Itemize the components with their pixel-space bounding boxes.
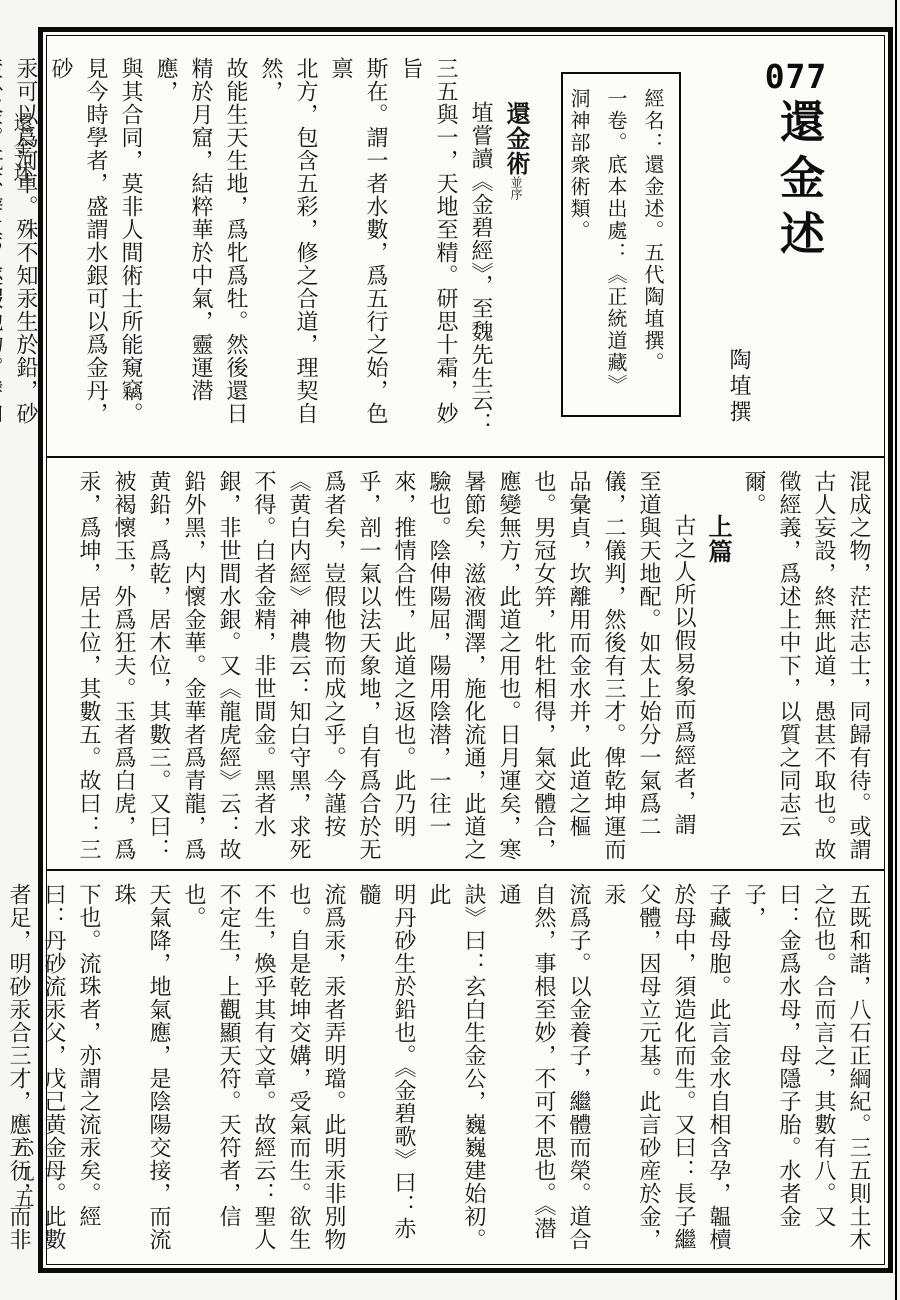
text-column: 見今時學者，盛謂水銀可以爲金丹，砂	[43, 57, 113, 446]
text-column: 《黄白内經》神農云：知白守黑，求死	[281, 470, 316, 861]
column-text: 儀，二儀判，然後有三才。俾乾坤運而	[601, 470, 626, 861]
column-text: 明丹砂生於鉛也。《金碧歌》曰：赤髓	[356, 883, 416, 1240]
column-text: 不生，煥乎其有文章。故經云：聖人	[251, 883, 276, 1251]
text-column: 北方，包含五彩，修之合道，理契自然，	[253, 57, 323, 446]
column-text: 不定生，上觀顯天符。天符者，信也。	[181, 883, 241, 1228]
column-text: 來，推情合性，此道之返也。此乃明	[391, 470, 416, 838]
column-text: 訣》曰：玄白生金公，巍巍建始初。此	[426, 883, 486, 1251]
column-text: 至道與天地配。如太上始分一氣爲二	[636, 470, 661, 838]
text-column: 明丹砂生於鉛也。《金碧歌》曰：赤髓	[351, 883, 421, 1256]
text-column: 與其合同，莫非人間術士所能窺竊。	[113, 57, 148, 446]
scanned-document-page: 還金述 六九五 077 還金述 陶埴撰 經名：還金述。五代陶埴撰。一卷。底本出處…	[0, 0, 900, 1300]
column-text: 流爲子。以金養子，繼體而榮。道合	[566, 883, 591, 1251]
column-text: 曰：丹砂流汞父，戊己黄金母。此數	[41, 883, 66, 1251]
text-column: 還金術並序	[498, 57, 534, 446]
text-column: 應變無方，此道之用也。日月運矣，寒	[491, 470, 526, 861]
catalog-note-column: 洞神部衆術類。	[560, 88, 597, 401]
continued-text-columns: 五既和諧，八石正綱紀。三五則土木之位也。合而言之，其數有八。又曰：金爲水母，母隱…	[61, 883, 876, 1256]
column-text: 産於金。既不辯真，遂假他物。譬如	[0, 57, 3, 425]
text-column: 不得。白者金精，非世間金。黑者水	[246, 470, 281, 861]
text-column: 鉛外黑，内懷金華。金華者爲青龍，爲	[176, 470, 211, 861]
column-text: 混成之物，茫茫志士，同歸有待。或謂	[846, 470, 871, 861]
text-column: 訣》曰：玄白生金公，巍巍建始初。此	[421, 883, 491, 1256]
column-text: 暑節矣，滋液潤澤，施化流通，此道之	[461, 470, 486, 861]
text-column: 古人妄設，終無此道，愚甚不取也。故	[806, 470, 841, 861]
text-column: 汞，爲坤，居土位，其數五。故曰：三	[71, 470, 106, 861]
column-text: 天氣降，地氣應，是陰陽交接，而流珠	[111, 883, 171, 1251]
column-text: 爾。	[741, 470, 766, 516]
text-column: 混成之物，茫茫志士，同歸有待。或謂	[841, 470, 876, 861]
text-column: 於母中，須造化而生。又曰：長子繼	[666, 883, 701, 1256]
text-column: 三五與一，天地至精。研思十霜，妙旨	[393, 57, 463, 446]
catalog-note-columns: 經名：還金述。五代陶埴撰。一卷。底本出處：《正統道藏》洞神部衆術類。	[571, 88, 671, 401]
column-text: 被褐懷玉，外爲狂夫。玉者爲白虎，爲	[111, 470, 136, 861]
text-column: 故能生天生地，爲牝爲牡。然後還日	[218, 57, 253, 446]
text-column: 之位也。合而言之，其數有八。又	[806, 883, 841, 1256]
text-column: 上篇	[701, 470, 736, 861]
column-text: 驗也。陰伸陽屈，陽用陰潜，一往一	[426, 470, 451, 838]
text-frame-inner: 077 還金述 陶埴撰 經名：還金述。五代陶埴撰。一卷。底本出處：《正統道藏》洞…	[46, 35, 885, 1265]
column-text: 流爲汞，汞者弄明璫。此明汞非別物	[321, 883, 346, 1251]
section-preface: 077 還金述 陶埴撰 經名：還金述。五代陶埴撰。一卷。底本出處：《正統道藏》洞…	[47, 36, 884, 456]
column-text: 銀，非世間水銀。又《龍虎經》云：故	[216, 470, 241, 861]
text-column: 子藏母胞。此言金水自相含孕，韞櫝	[701, 883, 736, 1256]
column-text: 乎，剖一氣以法天象地，自有爲合於无	[356, 470, 381, 861]
column-text: 與其合同，莫非人間術士所能窺竊。	[118, 57, 143, 425]
column-text: 古之人所以假易象而爲經者，謂	[671, 514, 696, 836]
text-frame-border: 077 還金述 陶埴撰 經名：還金述。五代陶埴撰。一卷。底本出處：《正統道藏》洞…	[38, 27, 893, 1273]
column-text: 也。男冠女笄，牝牡相得，氣交體合，	[531, 470, 556, 861]
text-column: 五既和諧，八石正綱紀。三五則土木	[841, 883, 876, 1256]
text-column: 黄鉛，爲乾，居木位，其數三。又曰：	[141, 470, 176, 861]
column-text: 黄鉛，爲乾，居木位，其數三。又曰：	[146, 470, 171, 861]
text-column: 父體，因母立元基。此言砂産於金，汞	[596, 883, 666, 1256]
text-column: 埴嘗讀《金碧經》，至魏先生云：	[463, 57, 498, 446]
text-column: 不生，煥乎其有文章。故經云：聖人	[246, 883, 281, 1256]
section-continued-text: 五既和諧，八石正綱紀。三五則土木之位也。合而言之，其數有八。又曰：金爲水母，母隱…	[47, 869, 884, 1264]
text-column: 來，推情合性，此道之返也。此乃明	[386, 470, 421, 861]
column-text: 汞，爲坤，居土位，其數五。故曰：三	[76, 470, 101, 861]
column-text: 父體，因母立元基。此言砂産於金，汞	[601, 883, 661, 1251]
text-column: 銀，非世間水銀。又《龍虎經》云：故	[211, 470, 246, 861]
text-column: 也。自是乾坤交媾，受氣而生。欲生	[281, 883, 316, 1256]
column-text: 斯在。謂一者水數，爲五行之始，色禀	[328, 57, 388, 425]
column-text: 古人妄設，終無此道，愚甚不取也。故	[811, 470, 836, 861]
column-text: 五既和諧，八石正綱紀。三五則土木	[846, 883, 871, 1251]
page-edge-rule	[895, 0, 897, 1300]
text-column: 徵經義，爲述上中下，以質之同志云	[771, 470, 806, 861]
text-column: 天氣降，地氣應，是陰陽交接，而流珠	[106, 883, 176, 1256]
column-text: 埴嘗讀《金碧經》，至魏先生云：	[468, 101, 493, 435]
column-text: 之位也。合而言之，其數有八。又	[811, 883, 836, 1228]
column-text: 北方，包含五彩，修之合道，理契自然，	[258, 57, 318, 425]
section-upper-chapter: 混成之物，茫茫志士，同歸有待。或謂古人妄設，終無此道，愚甚不取也。故徵經義，爲述…	[47, 456, 884, 869]
preface-text-columns: 還金術並序埴嘗讀《金碧經》，至魏先生云：三五與一，天地至精。研思十霜，妙旨斯在。…	[57, 57, 534, 446]
column-text: 故能生天生地，爲牝爲牡。然後還日	[223, 57, 248, 425]
text-column: 驗也。陰伸陽屈，陽用陰潜，一往一	[421, 470, 456, 861]
column-text: 見今時學者，盛謂水銀可以爲金丹，砂	[48, 57, 108, 425]
text-column: 品彙貞，坎離用而金水并，此道之樞	[561, 470, 596, 861]
column-text: 汞可以爲河車。殊不知汞生於鉛，砂	[13, 57, 38, 425]
column-text: 子藏母胞。此言金水自相含孕，韞櫝	[706, 883, 731, 1251]
text-column: 汞可以爲河車。殊不知汞生於鉛，砂	[8, 57, 43, 446]
text-column: 曰：丹砂流汞父，戊己黄金母。此數	[36, 883, 71, 1256]
column-text: 爲者矣，豈假他物而成之乎。今謹按	[321, 470, 346, 838]
text-column: 爾。	[736, 470, 771, 861]
column-text: 鉛外黑，内懷金華。金華者爲青龍，爲	[181, 470, 206, 861]
column-text: 下也。流珠者，亦謂之流汞矣。經	[76, 883, 101, 1228]
column-text: 《黄白内經》神農云：知白守黑，求死	[286, 470, 311, 861]
catalog-note-box: 經名：還金述。五代陶埴撰。一卷。底本出處：《正統道藏》洞神部衆術類。	[561, 72, 681, 417]
text-column: 儀，二儀判，然後有三才。俾乾坤運而	[596, 470, 631, 861]
text-column: 古之人所以假易象而爲經者，謂	[666, 470, 701, 861]
text-column: 精於月窟，結粹華於中氣，靈運潜應，	[148, 57, 218, 446]
column-text: 品彙貞，坎離用而金水并，此道之樞	[566, 470, 591, 838]
catalog-note-column: 一卷。底本出處：《正統道藏》	[597, 88, 634, 401]
text-column: 下也。流珠者，亦謂之流汞矣。經	[71, 883, 106, 1256]
column-text: 曰：金爲水母，母隱子胎。水者金子，	[741, 883, 801, 1228]
column-small-note: 並序	[509, 176, 523, 200]
column-text: 三五與一，天地至精。研思十霜，妙旨	[398, 57, 458, 425]
text-column: 曰：金爲水母，母隱子胎。水者金子，	[736, 883, 806, 1256]
text-column: 流爲子。以金養子，繼體而榮。道合	[561, 883, 596, 1256]
text-column: 者足，明砂汞合三才，應五行，而非人	[0, 883, 36, 1256]
text-column: 斯在。謂一者水數，爲五行之始，色禀	[323, 57, 393, 446]
text-column: 至道與天地配。如太上始分一氣爲二	[631, 470, 666, 861]
text-column: 自然，事根至妙，不可不思也。《潜通	[491, 883, 561, 1256]
column-text: 自然，事根至妙，不可不思也。《潜通	[496, 883, 556, 1240]
column-text: 應變無方，此道之用也。日月運矣，寒	[496, 470, 521, 861]
column-text: 者足，明砂汞合三才，應五行，而非人	[0, 883, 31, 1251]
text-column: 産於金。既不辯真，遂假他物。譬如	[0, 57, 8, 446]
text-column: 被褐懷玉，外爲狂夫。玉者爲白虎，爲	[106, 470, 141, 861]
column-text: 也。自是乾坤交媾，受氣而生。欲生	[286, 883, 311, 1251]
document-title: 還金述	[766, 98, 831, 266]
text-column: 也。男冠女笄，牝牡相得，氣交體合，	[526, 470, 561, 861]
column-text: 上篇	[704, 514, 733, 564]
text-column: 爲者矣，豈假他物而成之乎。今謹按	[316, 470, 351, 861]
text-column: 乎，剖一氣以法天象地，自有爲合於无	[351, 470, 386, 861]
upper-chapter-columns: 混成之物，茫茫志士，同歸有待。或謂古人妄設，終無此道，愚甚不取也。故徵經義，爲述…	[61, 470, 876, 861]
text-column: 流爲汞，汞者弄明璫。此明汞非別物	[316, 883, 351, 1256]
catalog-note-column: 經名：還金述。五代陶埴撰。	[634, 88, 671, 401]
text-column: 暑節矣，滋液潤澤，施化流通，此道之	[456, 470, 491, 861]
document-number: 077	[756, 57, 836, 96]
column-text: 徵經義，爲述上中下，以質之同志云	[776, 470, 801, 838]
column-text: 不得。白者金精，非世間金。黑者水	[251, 470, 276, 838]
column-text: 精於月窟，結粹華於中氣，靈運潜應，	[153, 57, 213, 402]
column-text: 還金術	[502, 101, 531, 176]
document-author: 陶埴撰	[723, 348, 754, 426]
column-text: 於母中，須造化而生。又曰：長子繼	[671, 883, 696, 1251]
text-column: 不定生，上觀顯天符。天符者，信也。	[176, 883, 246, 1256]
